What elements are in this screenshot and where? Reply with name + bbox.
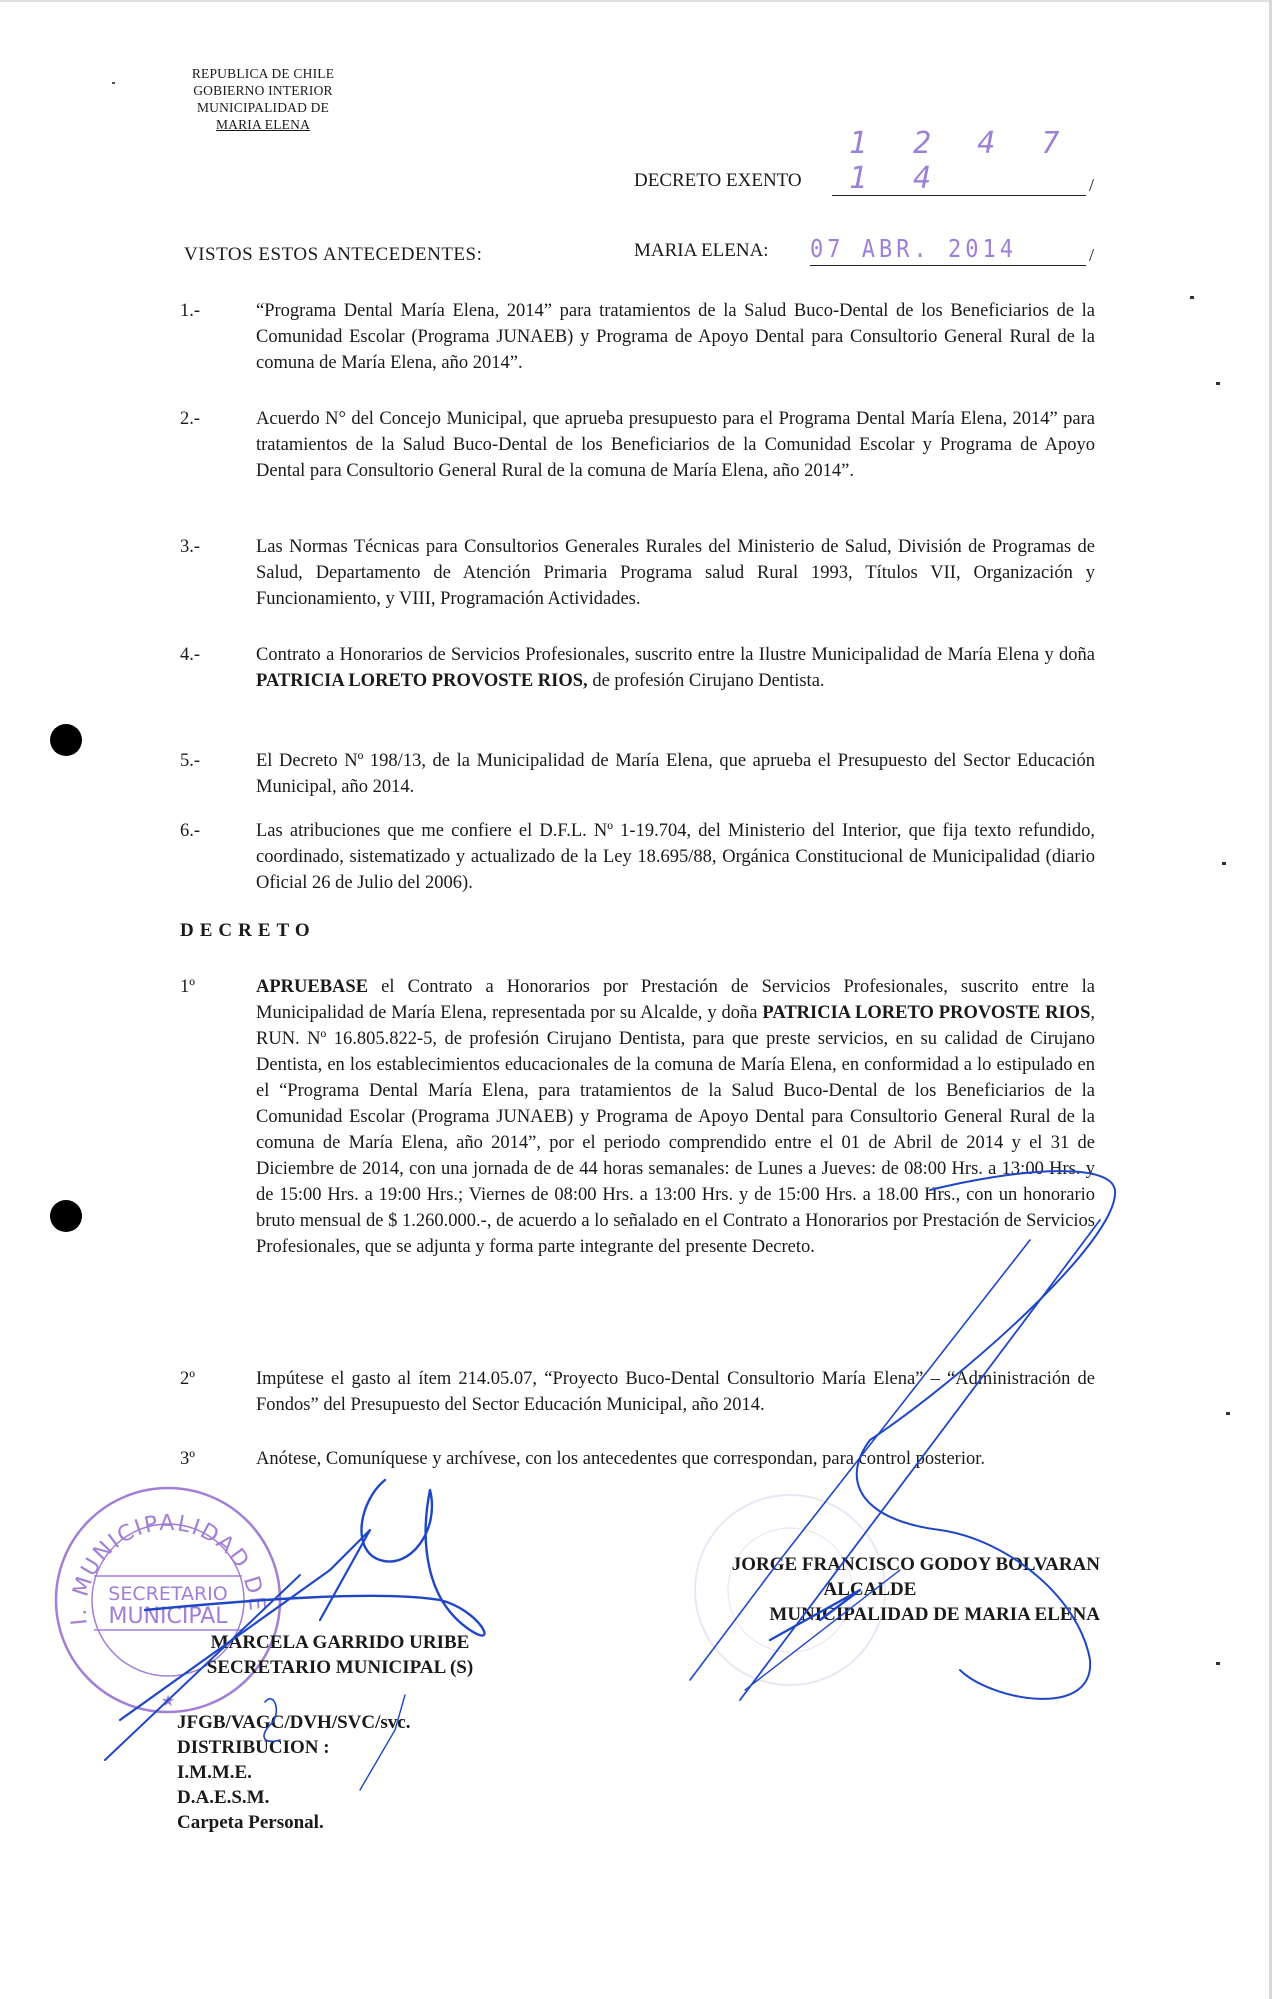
vistos-item: 6.- Las atribuciones que me confiere el … — [180, 818, 1095, 896]
decreto-item: 1º APRUEBASE el Contrato a Honorarios po… — [180, 974, 1095, 1260]
decree-date-row: MARIA ELENA: 07 ABR. 2014 / — [634, 210, 1094, 280]
seal-center-line: MUNICIPAL — [108, 1604, 228, 1629]
hole-punch — [50, 724, 82, 756]
vistos-item: 2.- Acuerdo N° del Concejo Municipal, qu… — [180, 406, 1095, 484]
decreto-item: 2º Impútese el gasto al ítem 214.05.07, … — [180, 1366, 1095, 1418]
item-number: 3.- — [180, 534, 240, 560]
seal-center-line: SECRETARIO — [108, 1583, 227, 1605]
vistos-title: VISTOS ESTOS ANTECEDENTES: — [184, 244, 482, 266]
decreto-item: 3º Anótese, Comuníquese y archívese, con… — [180, 1446, 1095, 1472]
decreto-title: DECRETO — [180, 920, 316, 942]
distribution-entry: I.M.M.E. — [177, 1760, 410, 1785]
place-label: MARIA ELENA: — [634, 240, 769, 262]
distribution-block: JFGB/VAGC/DVH/SVC/svc. DISTRIBUCION : I.… — [177, 1710, 410, 1835]
item-number: 6.- — [180, 818, 240, 844]
letterhead-line: REPUBLICA DE CHILE — [168, 65, 358, 82]
slash: / — [1089, 245, 1094, 266]
item-text: Las atribuciones que me confiere el D.F.… — [256, 818, 1095, 896]
secretary-signature-block: MARCELA GARRIDO URIBE SECRETARIO MUNICIP… — [175, 1630, 505, 1680]
decree-number-row: DECRETO EXENTO 1 2 4 7 1 4 / — [634, 140, 1094, 210]
mayor-title: ALCALDE — [640, 1577, 1100, 1602]
letterhead-line: MARIA ELENA — [168, 116, 358, 133]
distribution-label: DISTRIBUCION : — [177, 1735, 410, 1760]
contractor-name: PATRICIA LORETO PROVOSTE RIOS — [762, 1003, 1090, 1023]
scan-speck — [1216, 382, 1220, 385]
item-text-part: de profesión Cirujano Dentista. — [588, 671, 825, 691]
decree-header: DECRETO EXENTO 1 2 4 7 1 4 / MARIA ELENA… — [634, 140, 1094, 280]
scan-speck — [1222, 862, 1226, 865]
decree-date-line — [810, 265, 1086, 266]
vistos-item: 5.- El Decreto Nº 198/13, de la Municipa… — [180, 748, 1095, 800]
decree-number-stamp: 1 2 4 7 1 4 — [849, 126, 1094, 196]
slash: / — [1089, 175, 1094, 196]
scan-edge-top — [0, 0, 1272, 2]
distribution-entry: D.A.E.S.M. — [177, 1785, 410, 1810]
item-text: El Decreto Nº 198/13, de la Municipalida… — [256, 748, 1095, 800]
secretary-name: MARCELA GARRIDO URIBE — [175, 1630, 505, 1655]
mayor-signature-block: JORGE FRANCISCO GODOY BOLVARAN ALCALDE M… — [640, 1552, 1100, 1627]
seal-star-icon: ★ — [161, 1691, 175, 1710]
item-number: 1º — [180, 974, 240, 1000]
secretary-title: SECRETARIO MUNICIPAL (S) — [175, 1655, 505, 1680]
contractor-name: PATRICIA LORETO PROVOSTE RIOS, — [256, 671, 588, 691]
item-number: 2º — [180, 1366, 240, 1392]
distribution-entry: Carpeta Personal. — [177, 1810, 410, 1835]
item-number: 2.- — [180, 406, 240, 432]
item-number: 1.- — [180, 298, 240, 324]
vistos-item: 4.- Contrato a Honorarios de Servicios P… — [180, 642, 1095, 694]
decree-date-stamp: 07 ABR. 2014 — [810, 235, 1017, 264]
item-text: APRUEBASE el Contrato a Honorarios por P… — [256, 974, 1095, 1260]
letterhead: REPUBLICA DE CHILE GOBIERNO INTERIOR MUN… — [168, 65, 358, 133]
item-text-part: Contrato a Honorarios de Servicios Profe… — [256, 645, 1095, 665]
item-number: 3º — [180, 1446, 240, 1472]
scanned-document-page: REPUBLICA DE CHILE GOBIERNO INTERIOR MUN… — [0, 0, 1272, 1999]
item-text: Contrato a Honorarios de Servicios Profe… — [256, 642, 1095, 694]
scan-speck — [1190, 296, 1194, 299]
scan-speck — [1226, 1412, 1230, 1415]
item-text: “Programa Dental María Elena, 2014” para… — [256, 298, 1095, 376]
reference-initials: JFGB/VAGC/DVH/SVC/svc. — [177, 1710, 410, 1735]
scan-speck — [1216, 1662, 1220, 1665]
item-text-part: , RUN. Nº 16.805.822-5, de profesión Cir… — [256, 1003, 1095, 1257]
scan-speck — [112, 82, 115, 84]
item-text: Las Normas Técnicas para Consultorios Ge… — [256, 534, 1095, 612]
item-text: Impútese el gasto al ítem 214.05.07, “Pr… — [256, 1366, 1095, 1418]
item-text: Acuerdo N° del Concejo Municipal, que ap… — [256, 406, 1095, 484]
decree-label: DECRETO EXENTO — [634, 170, 802, 192]
hole-punch — [50, 1200, 82, 1232]
vistos-item: 3.- Las Normas Técnicas para Consultorio… — [180, 534, 1095, 612]
item-text: Anótese, Comuníquese y archívese, con lo… — [256, 1446, 1095, 1472]
item-number: 5.- — [180, 748, 240, 774]
municipal-seal-stamp: I. MUNICIPALIDAD DE MARIA ELENA SECRETAR… — [48, 1480, 288, 1720]
letterhead-line: GOBIERNO INTERIOR — [168, 82, 358, 99]
mayor-name: JORGE FRANCISCO GODOY BOLVARAN — [640, 1552, 1100, 1577]
item-number: 4.- — [180, 642, 240, 668]
mayor-org: MUNICIPALIDAD DE MARIA ELENA — [640, 1602, 1100, 1627]
letterhead-line: MUNICIPALIDAD DE — [168, 99, 358, 116]
apruebase-lead: APRUEBASE — [256, 977, 368, 997]
vistos-item: 1.- “Programa Dental María Elena, 2014” … — [180, 298, 1095, 376]
